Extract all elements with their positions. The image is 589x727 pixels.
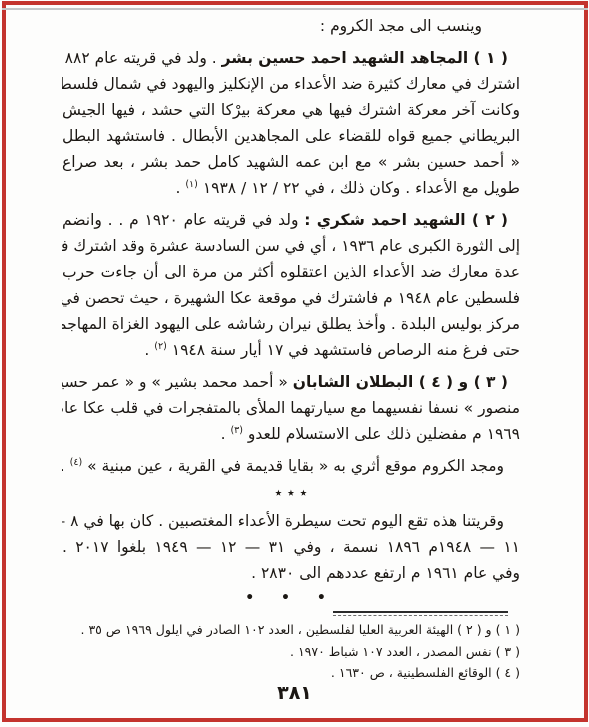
para2-lead-rest: ولد في قريته عام ١٩٢٠ م . . وانضم [62, 211, 304, 229]
footnote-marker-4: (٤) [70, 457, 83, 468]
paragraph-martyrs-3-4: ( ٣ ) و ( ٤ ) البطلان الشابان « أحمد محم… [62, 369, 520, 447]
para3-line3: ١٩٦٩ م مفضلين ذلك على الاستسلام للعدو (٣… [62, 421, 520, 447]
para1-line2: اشترك في معارك كثيرة ضد الأعداء من الإنك… [62, 71, 520, 97]
para5-line2: ١١ — ١٩٤٨م ١٨٩٦ نسمة ، وفي ٣١ — ١٢ — ١٩٤… [62, 534, 520, 560]
para1-line5: « أحمد حسين بشر » مع ابن عمه الشهيد كامل… [62, 149, 520, 175]
intro-line: وينسب الى مجد الكروم : [62, 13, 520, 39]
para2-line2: إلى الثورة الكبرى عام ١٩٣٦ ، أي في سن ال… [62, 233, 520, 259]
para2-tail: . [144, 341, 154, 359]
footnote-divider-line [333, 611, 508, 616]
para3-lead-rest: « أحمد محمد بشير » و « عمر حسين [62, 373, 293, 391]
footnote-2: ( ٣ ) نفس المصدر ، العدد ١٠٧ شباط ١٩٧٠ . [62, 641, 520, 663]
paragraph-martyr-2: ( ٢ ) الشهيد احمد شكري : ولد في قريته عا… [62, 207, 520, 363]
para5-line1: وقريتنا هذه تقع اليوم تحت سيطرة الأعداء … [62, 508, 520, 534]
para4-line1: ومجد الكروم موقع أثري به « بقايا قديمة ف… [62, 453, 520, 479]
footnote-3: ( ٤ ) الوقائع الفلسطينية ، ص ١٦٣٠ . [62, 662, 520, 684]
para1-line6: طويل مع الأعداء . وكان ذلك ، في ٢٢ / ١٢ … [62, 175, 520, 201]
para2-last-text: حتى فرغ منه الرصاص فاستشهد في ١٧ أيار سن… [167, 341, 520, 359]
para1-last-text: طويل مع الأعداء . وكان ذلك ، في ٢٢ / ١٢ … [198, 179, 520, 197]
para2-line6: حتى فرغ منه الرصاص فاستشهد في ١٧ أيار سن… [62, 337, 520, 363]
stars-separator: ٭ ٭ ٭ [62, 483, 520, 503]
para2-line4: فلسطين عام ١٩٤٨ م فاشترك في موقعة عكا ال… [62, 285, 520, 311]
para3-last-text: ١٩٦٩ م مفضلين ذلك على الاستسلام للعدو [243, 425, 520, 443]
para1-lead-rest: . ولد في قريته عام ١٨٨٢م . [62, 49, 222, 67]
para2-line5: مركز بوليس البلدة . وأخذ يطلق نيران رشاش… [62, 311, 520, 337]
para5-line3: وفي عام ١٩٦١ م ارتفع عددهم الى ٢٨٣٠ . [62, 560, 520, 586]
para2-line3: عدة معارك ضد الأعداء الذين اعتقلوه أكثر … [62, 259, 520, 285]
para1-line1: ( ١ ) المجاهد الشهيد احمد حسين بشر . ولد… [62, 45, 520, 71]
footnote-marker-2: (٢) [154, 341, 167, 352]
footnote-1: ( ١ ) و ( ٢ ) الهيئة العربية العليا لفلس… [62, 619, 520, 641]
footnotes-section: ( ١ ) و ( ٢ ) الهيئة العربية العليا لفلس… [62, 611, 520, 684]
para4-last-text: ومجد الكروم موقع أثري به « بقايا قديمة ف… [82, 457, 504, 475]
para1-line3: وكانت آخر معركة اشترك فيها هي معركة بيرْ… [62, 97, 520, 123]
page-text: وينسب الى مجد الكروم : ( ١ ) المجاهد الش… [62, 13, 520, 684]
dots-separator: • • • [62, 589, 520, 607]
footnote-marker-3: (٣) [230, 425, 243, 436]
footnote-marker-1: (١) [185, 179, 198, 190]
para3-line2: منصور » نسفا نفسيهما مع سيارتهما الملأى … [62, 395, 520, 421]
para3-lead: ( ٣ ) و ( ٤ ) البطلان الشابان [293, 373, 508, 391]
para3-tail: . [221, 425, 231, 443]
paragraph-martyr-1: ( ١ ) المجاهد الشهيد احمد حسين بشر . ولد… [62, 45, 520, 201]
page-number: ٣٨١ [0, 682, 589, 704]
para2-line1: ( ٢ ) الشهيد احمد شكري : ولد في قريته عا… [62, 207, 520, 233]
scan-artifact-line [2, 8, 588, 10]
para2-lead: ( ٢ ) الشهيد احمد شكري : [304, 211, 508, 229]
para1-tail: . [175, 179, 185, 197]
para4-tail: . [62, 457, 70, 475]
paragraph-population: وقريتنا هذه تقع اليوم تحت سيطرة الأعداء … [62, 508, 520, 586]
para1-lead: ( ١ ) المجاهد الشهيد احمد حسين بشر [222, 49, 508, 67]
para1-line4: البريطاني جميع قواه للقضاء على المجاهدين… [62, 123, 520, 149]
paragraph-archeology: ومجد الكروم موقع أثري به « بقايا قديمة ف… [62, 453, 520, 479]
para3-line1: ( ٣ ) و ( ٤ ) البطلان الشابان « أحمد محم… [62, 369, 520, 395]
